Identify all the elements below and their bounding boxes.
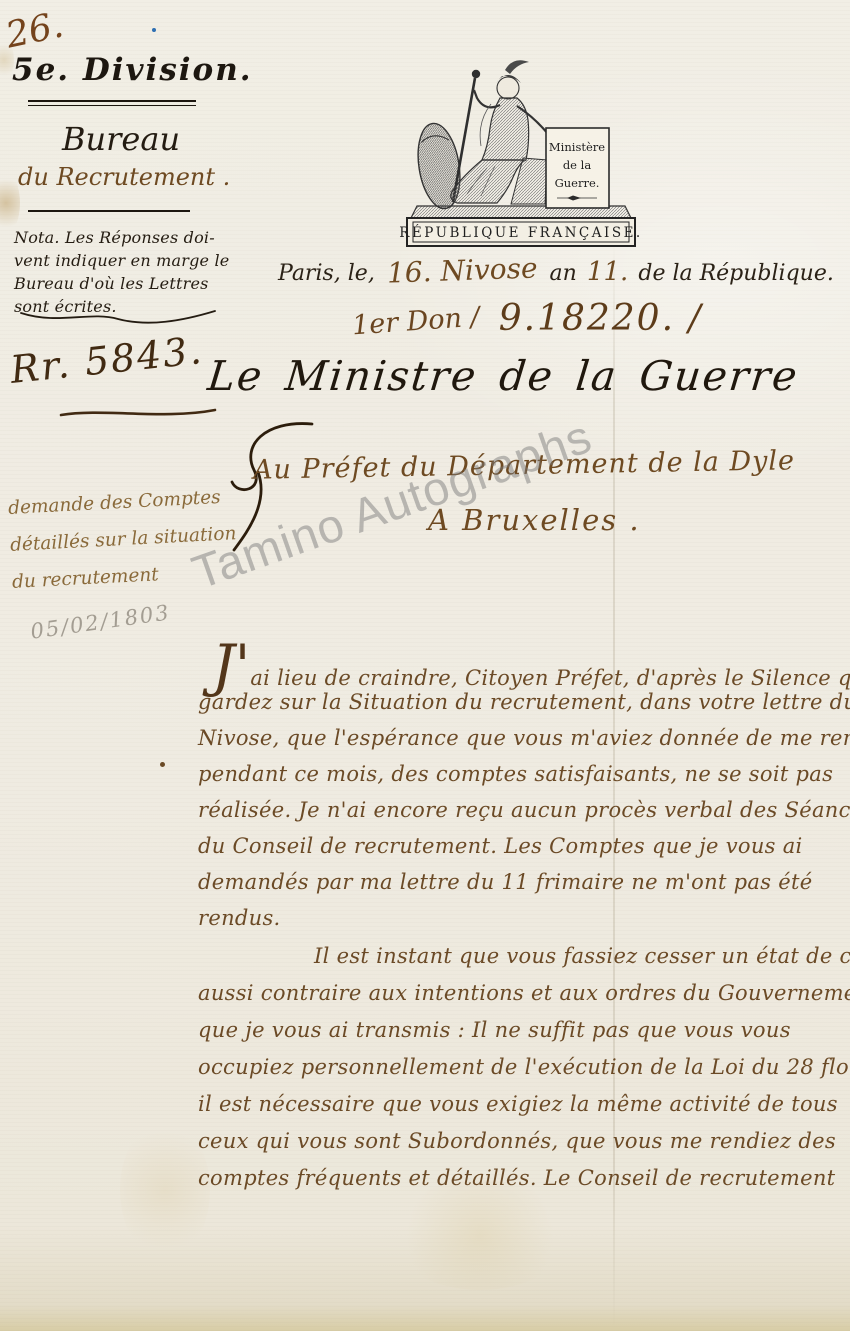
double-rule-bottom (28, 105, 196, 106)
body-line: occupiez personnellement de l'exécution … (198, 1049, 850, 1086)
paper-stain (120, 1120, 210, 1260)
ministere-tablet: Ministère de la Guerre. (546, 128, 609, 208)
registry-bureau-mark: 1er Don / (351, 302, 480, 342)
dateline-printed-suffix: de la République. (638, 261, 834, 286)
tablet-line: Ministère (549, 140, 605, 154)
body-line: comptes fréquents et détaillés. Le Conse… (198, 1160, 850, 1197)
registry-line: 1er Don / 9.18220. / (352, 298, 703, 339)
bureau-subheading: du Recrutement . (18, 163, 230, 191)
body-line: que je vous ai transmis : Il ne suffit p… (198, 1012, 850, 1049)
body-line: réalisée. Je n'ai encore reçu aucun proc… (198, 792, 850, 828)
division-heading: 5e. Division. (12, 52, 253, 88)
body-line: ceux qui vous sont Subordonnés, que vous… (198, 1123, 850, 1160)
paper-stain (0, 172, 20, 234)
registry-number: 9.18220. / (499, 298, 703, 339)
double-rule-top (28, 100, 196, 102)
reference-number: Rr. 5843. (8, 328, 205, 392)
dateline-handwritten-year: 11. (587, 257, 628, 287)
body-line: J'ai lieu de craindre, Citoyen Préfet, d… (198, 648, 850, 684)
headline-le-ministre-de-la-guerre: Le Ministre de la Guerre (205, 352, 801, 400)
blue-ink-dot (152, 28, 156, 32)
dateline-printed-prefix: Paris, le (278, 261, 368, 286)
nota-line: Bureau d'où les Lettres (14, 272, 229, 295)
body-paragraph-1: J'ai lieu de craindre, Citoyen Préfet, d… (198, 648, 850, 936)
nota-line: vent indiquer en marge le (14, 249, 229, 272)
body-line: aussi contraire aux intentions et aux or… (198, 975, 850, 1012)
nota-line: Nota. Les Réponses doi- (14, 226, 229, 249)
body-line: rendus. (198, 900, 850, 936)
body-line: demandés par ma lettre du 11 frimaire ne… (198, 864, 850, 900)
ink-dot (160, 762, 165, 767)
nota-paragraph: Nota. Les Réponses doi- vent indiquer en… (14, 226, 229, 318)
dateline-printed-an: an (550, 261, 577, 286)
pencil-date: 05/02/1803 (29, 600, 172, 643)
body-line: gardez sur la Situation du recrutement, … (198, 684, 850, 720)
body-line: Nivose, que l'espérance que vous m'aviez… (198, 720, 850, 756)
single-rule (28, 210, 190, 212)
body-line: pendant ce mois, des comptes satisfaisan… (198, 756, 850, 792)
underline-flourish (58, 406, 218, 422)
brace-flourish (18, 308, 218, 326)
tablet-line: de la (563, 158, 592, 172)
republique-francaise-vignette-engraving: RÉPUBLIQUE FRANÇAISE. Ministère de la (395, 50, 647, 250)
body-line: Il est instant que vous fassiez cesser u… (198, 938, 850, 975)
bureau-heading: Bureau (62, 120, 180, 158)
dateline: Paris, le, 16. Nivose an 11. de la Répub… (278, 254, 834, 287)
body-line: il est nécessaire que vous exigiez la mê… (198, 1086, 850, 1123)
dateline-handwritten-day-month: 16. Nivose (386, 251, 538, 289)
letter-scan-page: 26. 5e. Division. Bureau du Recrutement … (0, 0, 850, 1331)
body-paragraph-2: Il est instant que vous fassiez cesser u… (198, 938, 850, 1197)
folio-number: 26. (2, 4, 67, 56)
plinth-label: RÉPUBLIQUE FRANÇAISE. (399, 225, 642, 241)
body-line: du Conseil de recrutement. Les Comptes q… (198, 828, 850, 864)
tablet-line: Guerre. (555, 176, 600, 190)
